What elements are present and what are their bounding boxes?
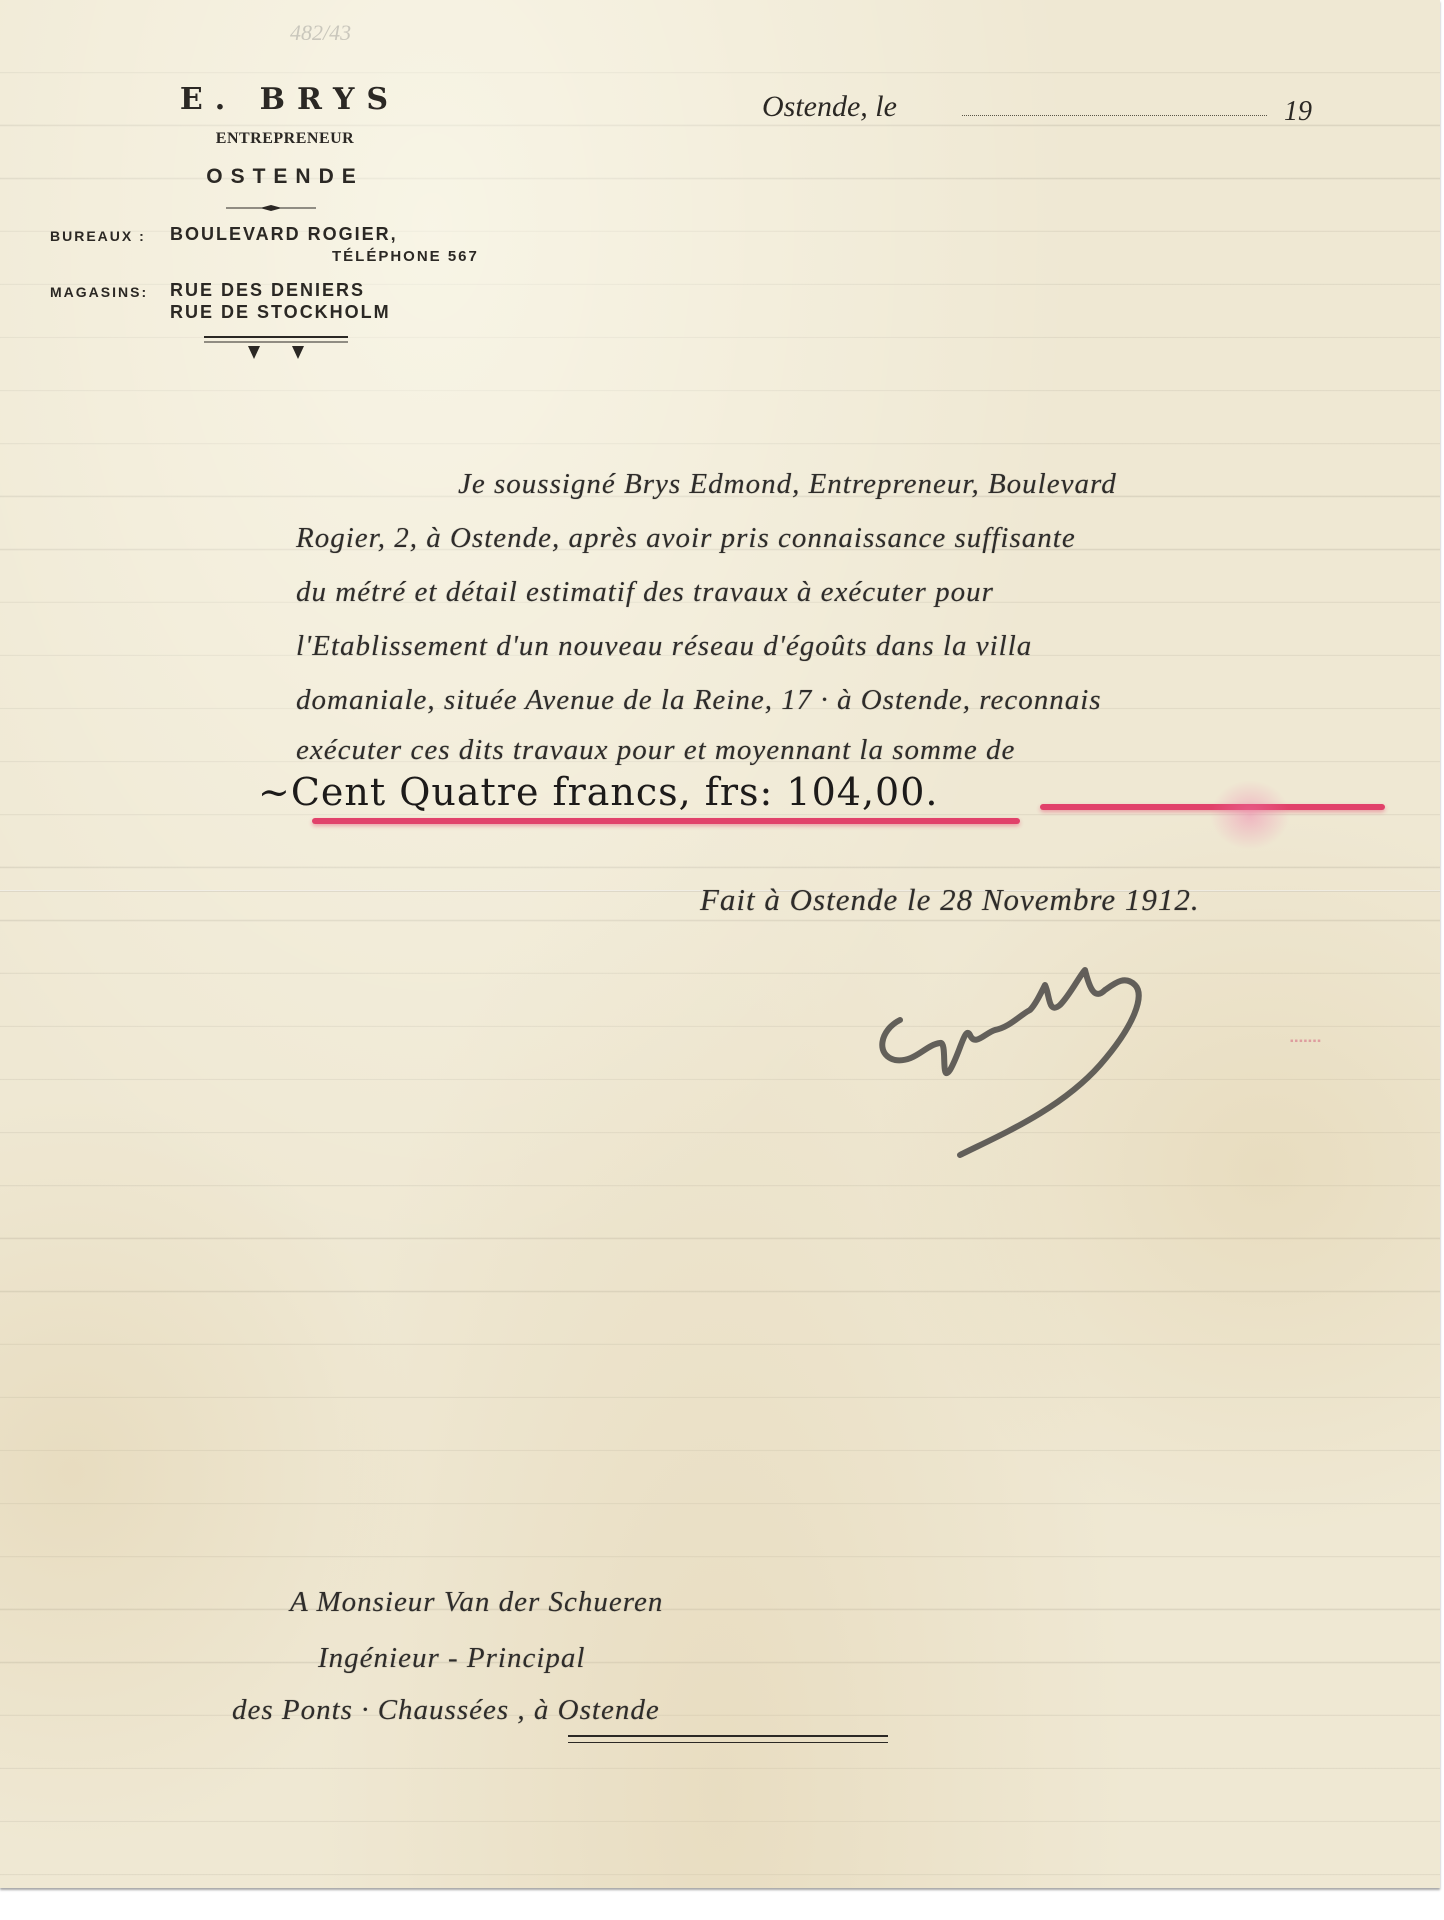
body-line-4: l'Etablissement d'un nouveau réseau d'ég… xyxy=(296,630,1032,663)
addressee-line-1: A Monsieur Van der Schueren xyxy=(290,1586,663,1619)
red-underline-amount xyxy=(312,818,1020,824)
ornament-triangles-icon xyxy=(198,335,348,365)
magasins-label: MAGASINS: xyxy=(50,284,148,300)
letterhead-title: ENTREPRENEUR xyxy=(160,130,410,148)
letter-paper: 482/43 E. BRYS ENTREPRENEUR OSTENDE BURE… xyxy=(0,0,1440,1888)
letterhead-telephone: TÉLÉPHONE 567 xyxy=(332,248,479,266)
body-line-6: exécuter ces dits travaux pour et moyenn… xyxy=(296,734,1015,767)
amount-in-words: ~Cent Quatre francs, frs: 104,00. xyxy=(258,770,938,814)
letterhead-magasins-row: MAGASINS: xyxy=(50,284,148,302)
letterhead-bureaux-row: BUREAUX : xyxy=(50,228,146,246)
letterhead-magasins-address-1: RUE DES DENIERS xyxy=(170,280,365,301)
addressee-double-underline xyxy=(568,1735,888,1743)
closing-place-date: Fait à Ostende le 28 Novembre 1912. xyxy=(700,882,1200,918)
signature-icon xyxy=(870,935,1270,1175)
letterhead-magasins-address-2: RUE DE STOCKHOLM xyxy=(170,302,391,323)
body-line-3: du métré et détail estimatif des travaux… xyxy=(296,576,994,609)
red-ink-blot xyxy=(1210,780,1290,850)
dateline-year: 19 xyxy=(1284,96,1312,128)
dateline-prefix: Ostende, le xyxy=(762,90,897,124)
dateline-dotted-blank xyxy=(962,115,1267,116)
letterhead-city: OSTENDE xyxy=(160,165,410,189)
bureaux-label: BUREAUX : xyxy=(50,228,146,244)
addressee-line-2: Ingénieur - Principal xyxy=(318,1642,585,1675)
letterhead-bureaux-address: BOULEVARD ROGIER, xyxy=(170,224,398,245)
pencil-archive-note: 482/43 xyxy=(290,20,351,46)
body-line-1: Je soussigné Brys Edmond, Entrepreneur, … xyxy=(458,468,1117,501)
addressee-line-3: des Ponts · Chaussées , à Ostende xyxy=(232,1694,660,1727)
faint-red-stamp: ▪▪▪▪▪▪▪ xyxy=(1290,1036,1322,1047)
ornament-divider-icon xyxy=(226,205,316,211)
body-line-2: Rogier, 2, à Ostende, après avoir pris c… xyxy=(296,522,1076,555)
body-line-5: domaniale, située Avenue de la Reine, 17… xyxy=(296,684,1102,717)
letterhead-company-name: E. BRYS xyxy=(120,82,460,117)
